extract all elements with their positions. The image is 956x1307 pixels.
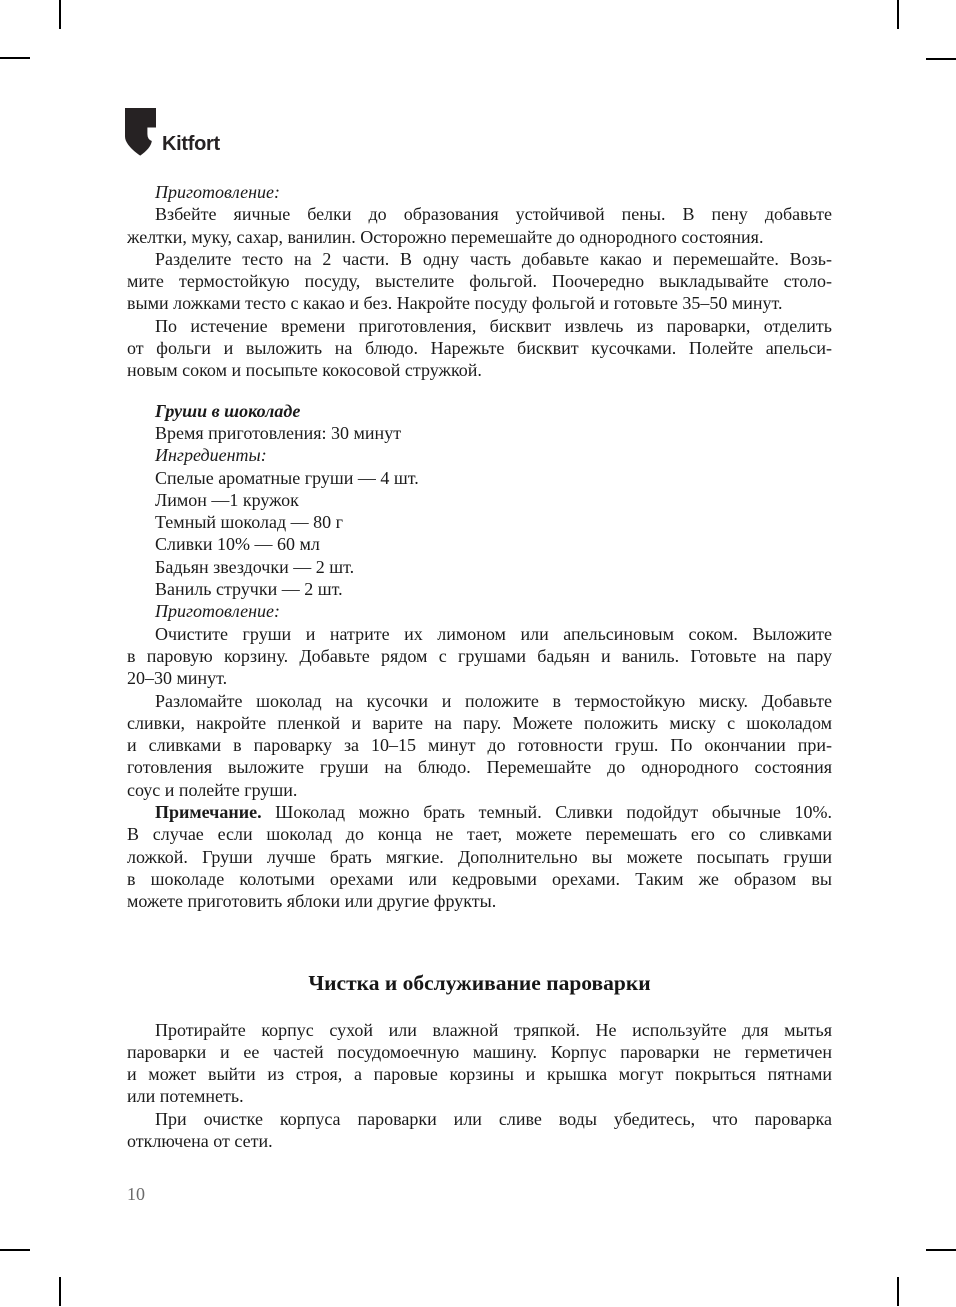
text-line: пароварки и ее частей посудомоечную маши… <box>127 1041 832 1063</box>
text-line: Груши в шоколаде <box>127 400 832 422</box>
text-line: Ваниль стручки — 2 шт. <box>127 578 832 600</box>
text-line: в паровую корзину. Добавьте рядом с груш… <box>127 645 832 667</box>
bold-lead-in: Примечание. <box>155 802 262 822</box>
crop-mark-top-right-v <box>897 0 899 29</box>
text-line: отключена от сети. <box>127 1130 832 1152</box>
crop-mark-bottom-right-v <box>897 1277 899 1306</box>
text-line: Разломайте шоколад на кусочки и положите… <box>127 690 832 712</box>
text-line: от фольги и выложить на блюдо. Нарежьте … <box>127 337 832 359</box>
text-line: Лимон —1 кружок <box>127 489 832 511</box>
text-line: и сливками в пароварку за 10–15 минут до… <box>127 734 832 756</box>
text-line: Бадьян звездочки — 2 шт. <box>127 556 832 578</box>
text-line: Темный шоколад — 80 г <box>127 511 832 533</box>
text-line: 20–30 минут. <box>127 667 832 689</box>
text-line: Ингредиенты: <box>127 444 832 466</box>
text-line: и может выйти из строя, а паровые корзин… <box>127 1063 832 1085</box>
crop-mark-bottom-right-h <box>926 1249 956 1251</box>
brand-wordmark: Kitfort <box>162 133 220 155</box>
section-heading: Чистка и обслуживание пароварки <box>127 969 832 997</box>
text-line: Приготовление: <box>127 181 832 203</box>
crop-mark-top-left-h <box>0 57 30 59</box>
document-body: Приготовление:Взбейте яичные белки до об… <box>127 181 832 1152</box>
text-line: Спелые ароматные груши — 4 шт. <box>127 467 832 489</box>
kitfort-logo: Kitfort <box>125 108 220 156</box>
text-line: можете приготовить яблоки или другие фру… <box>127 890 832 912</box>
text-line: сливки, накройте пленкой и варите на пар… <box>127 712 832 734</box>
text-line: новым соком и посыпьте кокосовой стружко… <box>127 359 832 381</box>
text-line: желтки, муку, сахар, ванилин. Осторожно … <box>127 226 832 248</box>
crop-mark-bottom-left-h <box>0 1249 30 1251</box>
text-line: Очистите груши и натрите их лимоном или … <box>127 623 832 645</box>
text-line: соус и полейте груши. <box>127 779 832 801</box>
text-line: Протирайте корпус сухой или влажной тряп… <box>127 1019 832 1041</box>
text-line: В случае если шоколад до конца не тает, … <box>127 823 832 845</box>
vertical-spacer <box>127 382 832 400</box>
text-line: Примечание. Шоколад можно брать темный. … <box>127 801 832 823</box>
crop-mark-bottom-left-v <box>59 1277 61 1306</box>
text-line: мите термостойкую посуду, выстелите фоль… <box>127 270 832 292</box>
text-run: Шоколад можно брать темный. Сливки подой… <box>262 802 832 822</box>
vertical-spacer <box>127 913 832 969</box>
text-line: Время приготовления: 30 минут <box>127 422 832 444</box>
text-line: Сливки 10% — 60 мл <box>127 533 832 555</box>
text-line: По истечение времени приготовления, биск… <box>127 315 832 337</box>
text-line: При очистке корпуса пароварки или сливе … <box>127 1108 832 1130</box>
manual-page: { "header": { "logo_text": "Kitfort", "l… <box>0 0 956 1307</box>
text-line: ложкой. Груши лучше брать мягкие. Дополн… <box>127 846 832 868</box>
vertical-spacer <box>127 997 832 1019</box>
text-line: или потемнеть. <box>127 1085 832 1107</box>
text-line: Взбейте яичные белки до образования усто… <box>127 203 832 225</box>
text-line: Приготовление: <box>127 600 832 622</box>
text-line: Разделите тесто на 2 части. В одну часть… <box>127 248 832 270</box>
crop-mark-top-left-v <box>59 0 61 29</box>
crop-mark-top-right-h <box>926 58 956 60</box>
text-line: в шоколаде колотыми орехами или кедровым… <box>127 868 832 890</box>
text-line: готовления выложите груши на блюдо. Пере… <box>127 756 832 778</box>
text-line: выми ложками тесто с какао и без. Накрой… <box>127 292 832 314</box>
page-number: 10 <box>127 1183 145 1205</box>
kitfort-flag-icon <box>125 108 156 156</box>
